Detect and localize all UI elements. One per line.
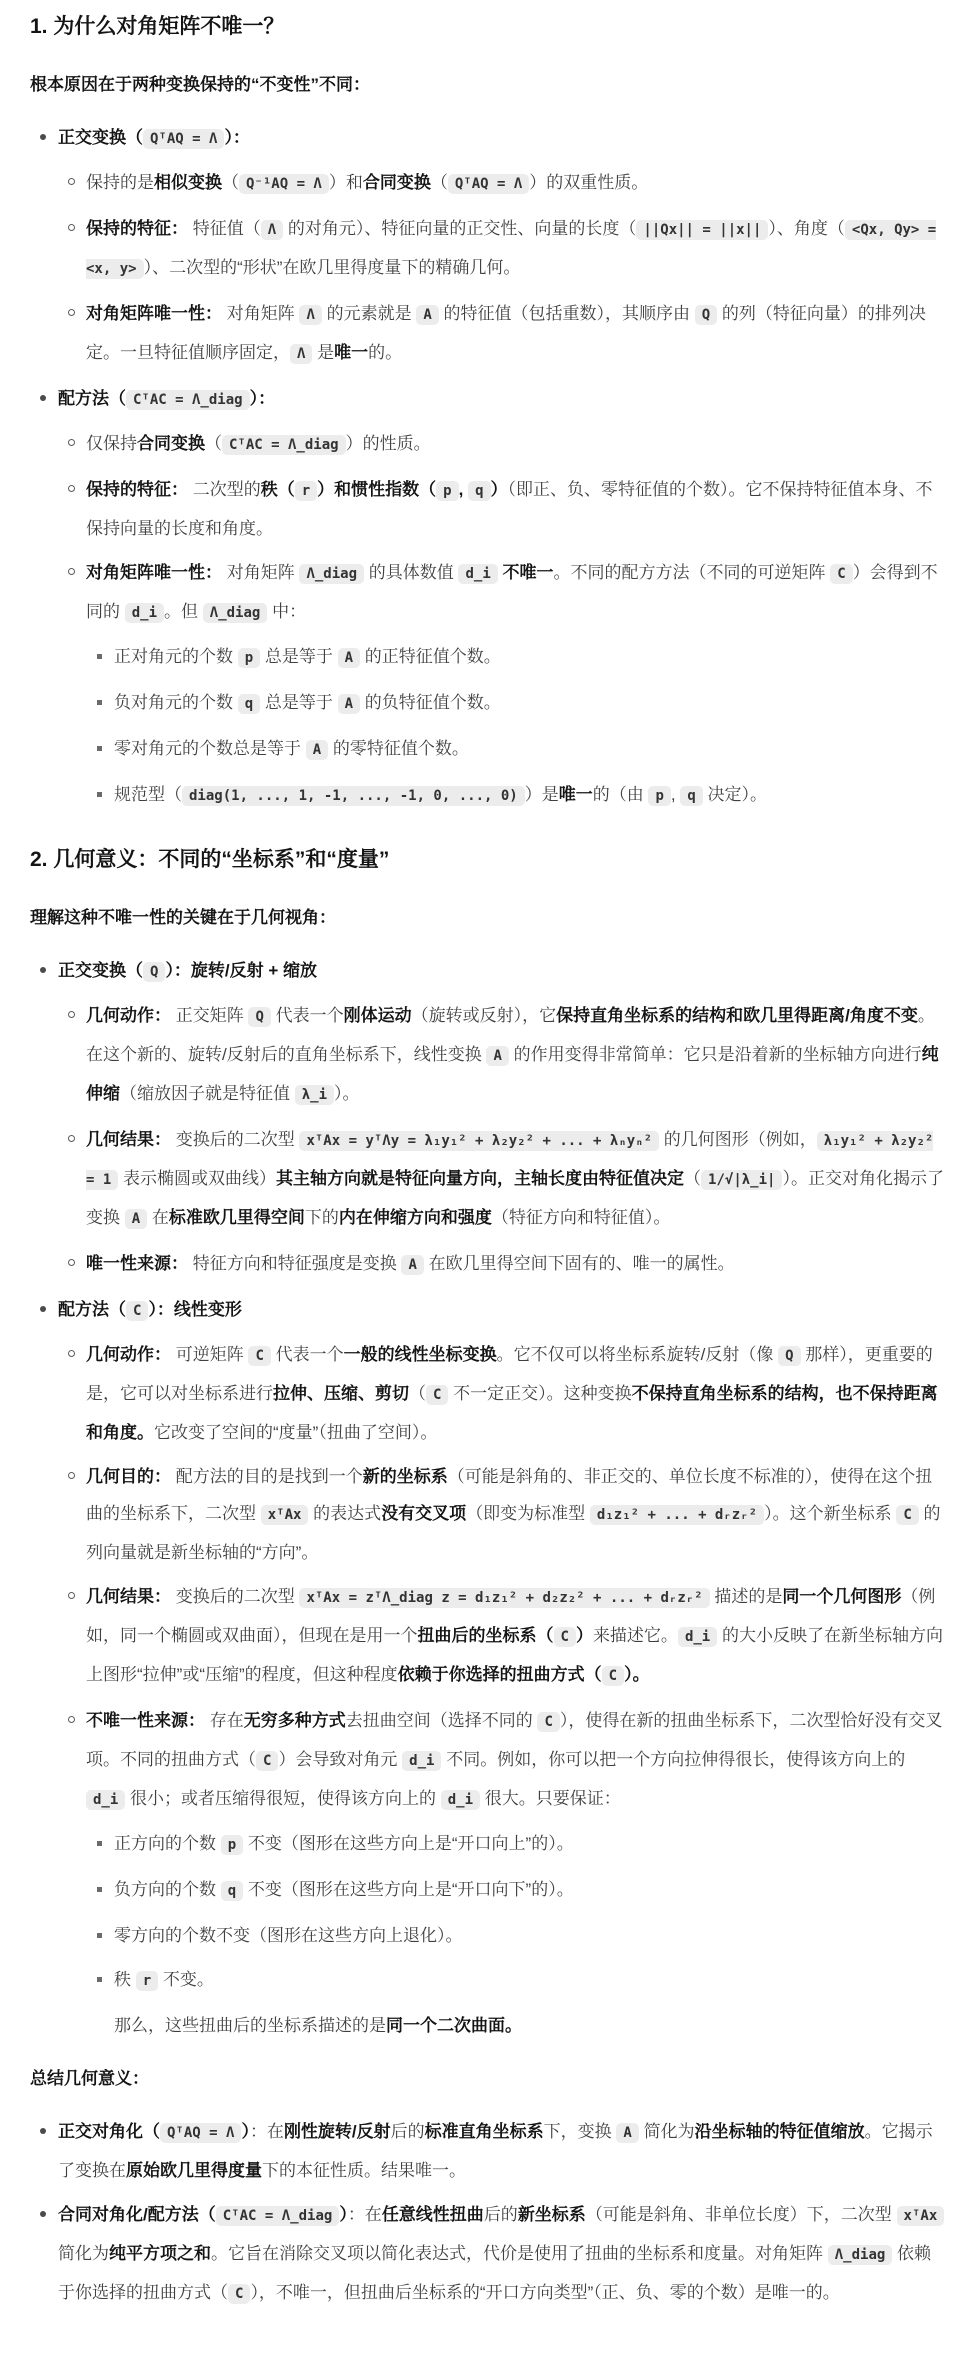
bold-text: 原始欧几里得度量 — [126, 2161, 262, 2180]
bold-text: 纯平方项之和 — [109, 2244, 211, 2263]
text-run: 的特征值（包括重数），其顺序由 — [439, 304, 695, 323]
text-run: 描述的是 — [710, 1587, 783, 1606]
bold-text: 保持的特征： — [86, 480, 188, 499]
inline-code: d_i — [678, 1627, 717, 1647]
text-run: 的零特征值个数。 — [328, 739, 469, 758]
text-run: 的对角元）、特征向量的正交性、向量的长度（ — [283, 219, 636, 238]
text-run: 仅保持 — [86, 434, 137, 453]
list-item: 负对角元的个数 q 总是等于 A 的负特征值个数。 — [114, 684, 945, 723]
text-run: 代表一个 — [271, 1006, 344, 1025]
bold-text: 刚性旋转/反射 — [284, 2122, 391, 2141]
bold-text: 对角矩阵唯一性： — [86, 304, 222, 323]
inline-code: A — [125, 1209, 147, 1229]
inline-code: diag(1, ..., 1, -1, ..., -1, 0, ..., 0) — [182, 786, 525, 806]
text-run: ：在 — [250, 2122, 284, 2141]
bold-text: 几何结果： — [86, 1130, 171, 1149]
list-item: 几何结果： 变换后的二次型 xᵀAx = zᵀΛ_diag z = d₁z₁² … — [86, 1578, 945, 1695]
inline-code: A — [338, 648, 360, 668]
list-item: 配方法（CᵀAC = Λ_diag）：仅保持合同变换（CᵀAC = Λ_diag… — [58, 380, 945, 815]
inline-code: C — [896, 1505, 918, 1525]
bold-text: 沿坐标轴的特征值缩放 — [695, 2122, 865, 2141]
bold-text: 内在伸缩方向和强度 — [339, 1208, 492, 1227]
inline-code: A — [616, 2123, 638, 2143]
text-run: 规范型（ — [114, 785, 182, 804]
list-item: 保持的特征： 二次型的秩（r）和惯性指数（p, q）（即正、负、零特征值的个数）… — [86, 471, 945, 547]
inline-code: A — [338, 694, 360, 714]
text-run: 很大。只要保证： — [480, 1789, 621, 1808]
text-run: 的几何图形（例如， — [659, 1130, 817, 1149]
document-body: 1. 为什么对角矩阵不唯一？根本原因在于两种变换保持的“不变性”不同：正交变换（… — [0, 0, 975, 2359]
inline-code: C — [830, 564, 852, 584]
list-item: 正对角元的个数 p 总是等于 A 的正特征值个数。 — [114, 638, 945, 677]
inline-code: q — [238, 694, 260, 714]
bold-text: 其主轴方向就是特征向量方向，主轴长度由特征值决定 — [276, 1169, 684, 1188]
text-run: 它改变了空间的“度量”（扭曲了空间）。 — [154, 1423, 437, 1442]
inline-code: Λ — [290, 344, 312, 364]
inline-code: ||Qx|| = ||x|| — [636, 220, 768, 240]
inline-code: A — [306, 740, 328, 760]
list-item: 正交变换（QᵀAQ = Λ）：保持的是相似变换（Q⁻¹AQ = Λ）和合同变换（… — [58, 119, 945, 373]
bold-text: 总结几何意义： — [30, 2069, 149, 2088]
bold-text: 保持的特征： — [86, 219, 188, 238]
inline-code: A — [401, 1255, 423, 1275]
inline-code: Λ — [299, 305, 321, 325]
paragraph: 理解这种不唯一性的关键在于几何视角： — [30, 899, 945, 936]
list-level-2: 保持的是相似变换（Q⁻¹AQ = Λ）和合同变换（QᵀAQ = Λ）的双重性质。… — [58, 164, 945, 373]
text-run: 来描述它。 — [593, 1626, 678, 1645]
text-run: 负对角元的个数 — [114, 693, 238, 712]
bold-text: 配方法（ — [58, 389, 126, 408]
list-item: 保持的特征： 特征值（Λ 的对角元）、特征向量的正交性、向量的长度（||Qx||… — [86, 210, 945, 288]
bold-text: 不唯一性来源： — [86, 1711, 205, 1730]
inline-code: d_i — [458, 564, 497, 584]
list-item: 仅保持合同变换（CᵀAC = Λ_diag）的性质。 — [86, 425, 945, 464]
bold-text: 刚体运动 — [344, 1006, 412, 1025]
text-run: ）会导致对角元 — [278, 1750, 402, 1769]
list-item: 正交对角化（QᵀAQ = Λ）：在刚性旋转/反射后的标准直角坐标系下，变换 A … — [58, 2113, 945, 2189]
bold-text: 依赖于你选择的扭曲方式（ — [398, 1665, 602, 1684]
text-run: 不变（图形在这些方向上是“开口向下”的）。 — [243, 1880, 574, 1899]
text-run: 总是等于 — [260, 647, 337, 666]
bold-text: ）。 — [624, 1665, 650, 1684]
inline-code: d_i — [441, 1790, 480, 1810]
text-run: （即变为标准型 — [466, 1504, 590, 1523]
text-run: （旋转或反射），它 — [412, 1006, 557, 1025]
bold-text: 几何结果： — [86, 1587, 171, 1606]
inline-code: r — [136, 1971, 158, 1991]
text-run: （ — [684, 1169, 701, 1188]
text-run: 正对角元的个数 — [114, 647, 238, 666]
text-run: 的负特征值个数。 — [360, 693, 501, 712]
text-run: 不变（图形在这些方向上是“开口向上”的）。 — [243, 1834, 574, 1853]
list-item: 保持的是相似变换（Q⁻¹AQ = Λ）和合同变换（QᵀAQ = Λ）的双重性质。 — [86, 164, 945, 203]
bold-text: 唯一 — [334, 343, 368, 362]
bold-text: 几何动作： — [86, 1006, 171, 1025]
text-run: 。它不仅可以将坐标系旋转/反射（像 — [497, 1345, 778, 1364]
text-run: 秩 — [114, 1970, 136, 1989]
bold-text: ）：旋转/反射 + 缩放 — [165, 961, 317, 980]
list-item: 秩 r 不变。 — [114, 1961, 945, 2000]
text-run: （ — [205, 434, 222, 453]
text-run: 对角矩阵 — [222, 563, 299, 582]
list-level-3: 正对角元的个数 p 总是等于 A 的正特征值个数。负对角元的个数 q 总是等于 … — [86, 638, 945, 815]
text-run: ）、角度（ — [768, 219, 845, 238]
bold-text: 新的坐标系 — [363, 1467, 448, 1486]
list-item: 正方向的个数 p 不变（图形在这些方向上是“开口向上”的）。 — [114, 1825, 945, 1864]
list-item: 规范型（diag(1, ..., 1, -1, ..., -1, 0, ...,… — [114, 776, 945, 815]
text-run: （缩放因子就是特征值 — [120, 1084, 295, 1103]
bold-text: 唯一性来源： — [86, 1254, 188, 1273]
text-run: 的元素就是 — [322, 304, 416, 323]
bold-text: 几何动作： — [86, 1345, 171, 1364]
list-level-2: 几何动作： 正交矩阵 Q 代表一个刚体运动（旋转或反射），它保持直角坐标系的结构… — [58, 997, 945, 1284]
text-run: 下的 — [305, 1208, 339, 1227]
text-run: ）的性质。 — [346, 434, 431, 453]
inline-code: Q — [778, 1346, 800, 1366]
text-run: 后的 — [484, 2205, 518, 2224]
inline-code: CᵀAC = Λ_diag — [126, 390, 250, 410]
text-run: 配方法的目的是找到一个 — [171, 1467, 363, 1486]
text-run: 的（由 — [593, 785, 649, 804]
inline-code: d₁z₁² + ... + dᵣzᵣ² — [590, 1505, 764, 1525]
inline-code: 1/√|λ_i| — [701, 1170, 782, 1190]
inline-code: xᵀAx = zᵀΛ_diag z = d₁z₁² + d₂z₂² + ... … — [299, 1588, 709, 1608]
bold-text: 正交变换（ — [58, 961, 143, 980]
list-item: 对角矩阵唯一性： 对角矩阵 Λ 的元素就是 A 的特征值（包括重数），其顺序由 … — [86, 295, 945, 373]
inline-code: xᵀAx = yᵀΛy = λ₁y₁² + λ₂y₂² + ... + λₙyₙ… — [299, 1131, 659, 1151]
text-run: 的具体数值 — [364, 563, 458, 582]
bold-text: 没有交叉项 — [381, 1504, 466, 1523]
text-run: 的正特征值个数。 — [360, 647, 501, 666]
text-run: , — [671, 785, 680, 804]
text-run: 后的 — [391, 2122, 425, 2141]
bold-text: ） — [241, 2122, 250, 2141]
bold-text: 1. 为什么对角矩阵不唯一？ — [30, 15, 284, 38]
text-run: 总是等于 — [260, 693, 337, 712]
inline-code: A — [416, 305, 438, 325]
text-run: 是 — [312, 343, 334, 362]
inline-code: λ_i — [295, 1085, 334, 1105]
bold-text: 几何目的： — [86, 1467, 171, 1486]
text-run: 特征值（ — [188, 219, 261, 238]
inline-code: xᵀAx — [897, 2206, 945, 2226]
list-level-2: 几何动作： 可逆矩阵 C 代表一个一般的线性坐标变换。它不仅可以将坐标系旋转/反… — [58, 1336, 945, 2044]
bold-text: ）：线性变形 — [148, 1300, 242, 1319]
text-run: 可逆矩阵 — [171, 1345, 248, 1364]
list-level-2: 仅保持合同变换（CᵀAC = Λ_diag）的性质。保持的特征： 二次型的秩（r… — [58, 425, 945, 815]
bold-text: ） — [491, 480, 508, 499]
list-item: 几何结果： 变换后的二次型 xᵀAx = yᵀΛy = λ₁y₁² + λ₂y₂… — [86, 1121, 945, 1238]
text-run: 。不同的配方方法（不同的可逆矩阵 — [554, 563, 831, 582]
inline-code: r — [295, 481, 317, 501]
text-run: 存在 — [205, 1711, 244, 1730]
list-item: 对角矩阵唯一性： 对角矩阵 Λ_diag 的具体数值 d_i 不唯一。不同的配方… — [86, 554, 945, 815]
bold-text: 2. 几何意义：不同的“坐标系”和“度量” — [30, 848, 389, 871]
bold-text: 合同变换 — [137, 434, 205, 453]
inline-code: Q — [143, 962, 165, 982]
inline-code: d_i — [402, 1751, 441, 1771]
text-run: 保持的是 — [86, 173, 154, 192]
text-run: 对角矩阵 — [222, 304, 299, 323]
text-run: 二次型的 — [188, 480, 261, 499]
text-run: 的。 — [368, 343, 402, 362]
bold-text: 保持直角坐标系的结构和欧几里得距离/角度不变 — [556, 1006, 918, 1025]
bold-text: 新坐标系 — [518, 2205, 586, 2224]
text-run: 正交矩阵 — [171, 1006, 248, 1025]
text-run: 代表一个 — [271, 1345, 344, 1364]
inline-code: d_i — [86, 1790, 125, 1810]
text-run: 零方向的个数不变（图形在这些方向上退化）。 — [114, 1926, 463, 1945]
text-run: ：在 — [348, 2205, 382, 2224]
inline-code: Q — [248, 1007, 270, 1027]
text-run: 变换后的二次型 — [171, 1130, 299, 1149]
text-run: 零对角元的个数总是等于 — [114, 739, 306, 758]
text-run: 不同。例如，你可以把一个方向拉伸得很长，使得该方向上的 — [441, 1750, 905, 1769]
inline-code: QᵀAQ = Λ — [143, 129, 224, 149]
bold-text: 相似变换 — [154, 173, 222, 192]
bold-text: 扭曲后的坐标系（ — [418, 1626, 554, 1645]
text-run: 的表达式 — [308, 1504, 381, 1523]
text-run: 负方向的个数 — [114, 1880, 221, 1899]
list-item: 配方法（C）：线性变形几何动作： 可逆矩阵 C 代表一个一般的线性坐标变换。它不… — [58, 1291, 945, 2044]
inline-code: p — [238, 648, 260, 668]
inline-code: C — [426, 1385, 448, 1405]
list-level-3: 正方向的个数 p 不变（图形在这些方向上是“开口向上”的）。负方向的个数 q 不… — [86, 1825, 945, 2000]
list-level-1: 正交变换（QᵀAQ = Λ）：保持的是相似变换（Q⁻¹AQ = Λ）和合同变换（… — [30, 119, 945, 815]
text-run: ）是 — [525, 785, 559, 804]
text-run: 在欧几里得空间下固有的、唯一的属性。 — [424, 1254, 735, 1273]
text-run: （特征方向和特征值）。 — [492, 1208, 671, 1227]
list-item: 负方向的个数 q 不变（图形在这些方向上是“开口向下”的）。 — [114, 1871, 945, 1910]
inline-code: C — [248, 1346, 270, 1366]
bold-text: 拉伸、压缩、剪切 — [273, 1384, 409, 1403]
list-item: 合同对角化/配方法（CᵀAC = Λ_diag）：在任意线性扭曲后的新坐标系（可… — [58, 2196, 945, 2313]
text-run: 那么，这些扭曲后的坐标系描述的是 — [114, 2016, 386, 2035]
list-item: 几何目的： 配方法的目的是找到一个新的坐标系（可能是斜角的、非正交的、单位长度不… — [86, 1458, 945, 1571]
list-item: 零对角元的个数总是等于 A 的零特征值个数。 — [114, 730, 945, 769]
text-run: 的作用变得非常简单：它只是沿着新的坐标轴方向进行 — [509, 1045, 922, 1064]
text-run: ），不唯一，但扭曲后坐标系的“开口方向类型”（正、负、零的个数）是唯一的。 — [250, 2283, 839, 2302]
continuation-line: 那么，这些扭曲后的坐标系描述的是同一个二次曲面。 — [114, 2007, 945, 2044]
bold-text: ） — [576, 1626, 593, 1645]
inline-code: q — [221, 1881, 243, 1901]
bold-text: , — [459, 480, 468, 499]
text-run: 。它旨在消除交叉项以简化表达式，代价是使用了扭曲的坐标系和度量。对角矩阵 — [211, 2244, 828, 2263]
list-level-1: 正交变换（Q）：旋转/反射 + 缩放几何动作： 正交矩阵 Q 代表一个刚体运动（… — [30, 952, 945, 2044]
bold-text: 任意线性扭曲 — [382, 2205, 484, 2224]
bold-text: 正交对角化（ — [58, 2122, 160, 2141]
inline-code: p — [436, 481, 458, 501]
inline-code: QᵀAQ = Λ — [160, 2123, 241, 2143]
bold-text: 同一个几何图形 — [782, 1587, 901, 1606]
inline-code: Λ_diag — [299, 564, 364, 584]
inline-code: p — [648, 786, 670, 806]
bold-text: 合同对角化/配方法（ — [58, 2205, 216, 2224]
text-run: （可能是斜角、非单位长度）下，二次型 — [586, 2205, 897, 2224]
bold-text: 同一个二次曲面。 — [386, 2016, 522, 2035]
text-run: 中： — [267, 602, 306, 621]
inline-code: Q⁻¹AQ = Λ — [239, 174, 329, 194]
text-run: （ — [222, 173, 239, 192]
text-run: ）、二次型的“形状”在欧几里得度量下的精确几何。 — [144, 258, 521, 277]
inline-code: QᵀAQ = Λ — [448, 174, 529, 194]
text-run: ）的双重性质。 — [529, 173, 648, 192]
bold-text: 合同变换 — [363, 173, 431, 192]
paragraph: 根本原因在于两种变换保持的“不变性”不同： — [30, 66, 945, 103]
text-run: 不变。 — [158, 1970, 214, 1989]
inline-code: xᵀAx — [261, 1505, 309, 1525]
text-run: 去扭曲空间（选择不同的 — [346, 1711, 538, 1730]
inline-code: C — [228, 2284, 250, 2304]
bold-text: ）： — [250, 389, 276, 408]
list-item: 正交变换（Q）：旋转/反射 + 缩放几何动作： 正交矩阵 Q 代表一个刚体运动（… — [58, 952, 945, 1284]
inline-code: A — [486, 1046, 508, 1066]
section-heading: 2. 几何意义：不同的“坐标系”和“度量” — [30, 845, 945, 875]
bold-text: 秩（ — [261, 480, 295, 499]
list-item: 不唯一性来源： 存在无穷多种方式去扭曲空间（选择不同的 C），使得在新的扭曲坐标… — [86, 1702, 945, 2044]
bold-text: 不唯一 — [503, 563, 554, 582]
text-run: 在 — [147, 1208, 169, 1227]
list-item: 零方向的个数不变（图形在这些方向上退化）。 — [114, 1917, 945, 1954]
text-run: （ — [409, 1384, 426, 1403]
bold-text: 标准欧几里得空间 — [169, 1208, 305, 1227]
bold-text: 标准直角坐标系 — [425, 2122, 544, 2141]
text-run: 特征方向和特征强度是变换 — [188, 1254, 401, 1273]
inline-code: C — [602, 1666, 624, 1686]
bold-text: 对角矩阵唯一性： — [86, 563, 222, 582]
bold-text: 正交变换（ — [58, 128, 143, 147]
text-run: ）和 — [329, 173, 363, 192]
bold-text: ）： — [224, 128, 250, 147]
inline-code: C — [554, 1627, 576, 1647]
text-run: ）。这个新坐标系 — [764, 1504, 896, 1523]
inline-code: Λ_diag — [203, 603, 268, 623]
inline-code: CᵀAC = Λ_diag — [222, 435, 346, 455]
inline-code: Λ — [261, 220, 283, 240]
inline-code: C — [537, 1712, 559, 1732]
list-item: 几何动作： 正交矩阵 Q 代表一个刚体运动（旋转或反射），它保持直角坐标系的结构… — [86, 997, 945, 1114]
text-run: 变换后的二次型 — [171, 1587, 299, 1606]
bold-text: 一般的线性坐标变换 — [344, 1345, 497, 1364]
bold-text: ）和惯性指数（ — [317, 480, 436, 499]
text-run: 决定）。 — [703, 785, 767, 804]
inline-code: C — [256, 1751, 278, 1771]
inline-code: d_i — [125, 603, 164, 623]
bold-text: 无穷多种方式 — [244, 1711, 346, 1730]
inline-code: Q — [695, 305, 717, 325]
inline-code: q — [680, 786, 702, 806]
text-run: 表示椭圆或双曲线） — [118, 1169, 276, 1188]
text-run: 。但 — [164, 602, 203, 621]
bold-text: 根本原因在于两种变换保持的“不变性”不同： — [30, 75, 370, 94]
bold-text: 唯一 — [559, 785, 593, 804]
inline-code: C — [126, 1301, 148, 1321]
text-run: 正方向的个数 — [114, 1834, 221, 1853]
text-run: 很小；或者压缩得很短，使得该方向上的 — [125, 1789, 440, 1808]
list-item: 几何动作： 可逆矩阵 C 代表一个一般的线性坐标变换。它不仅可以将坐标系旋转/反… — [86, 1336, 945, 1451]
text-run: （ — [431, 173, 448, 192]
list-item: 唯一性来源： 特征方向和特征强度是变换 A 在欧几里得空间下固有的、唯一的属性。 — [86, 1245, 945, 1284]
text-run: 下的本征性质。结果唯一。 — [262, 2161, 466, 2180]
bold-text: ） — [339, 2205, 348, 2224]
text-run: 简化为 — [58, 2244, 109, 2263]
inline-code: q — [468, 481, 490, 501]
bold-text: 理解这种不唯一性的关键在于几何视角： — [30, 908, 336, 927]
list-level-1: 正交对角化（QᵀAQ = Λ）：在刚性旋转/反射后的标准直角坐标系下，变换 A … — [30, 2113, 945, 2313]
inline-code: Λ_diag — [828, 2245, 893, 2265]
bold-text: 配方法（ — [58, 1300, 126, 1319]
section-heading: 1. 为什么对角矩阵不唯一？ — [30, 12, 945, 42]
text-run: ）。 — [334, 1084, 360, 1103]
text-run: 不一定正交）。这种变换 — [448, 1384, 631, 1403]
text-run: 下，变换 — [544, 2122, 617, 2141]
inline-code: p — [221, 1835, 243, 1855]
inline-code: CᵀAC = Λ_diag — [216, 2206, 340, 2226]
paragraph: 总结几何意义： — [30, 2060, 945, 2097]
text-run: 简化为 — [639, 2122, 695, 2141]
